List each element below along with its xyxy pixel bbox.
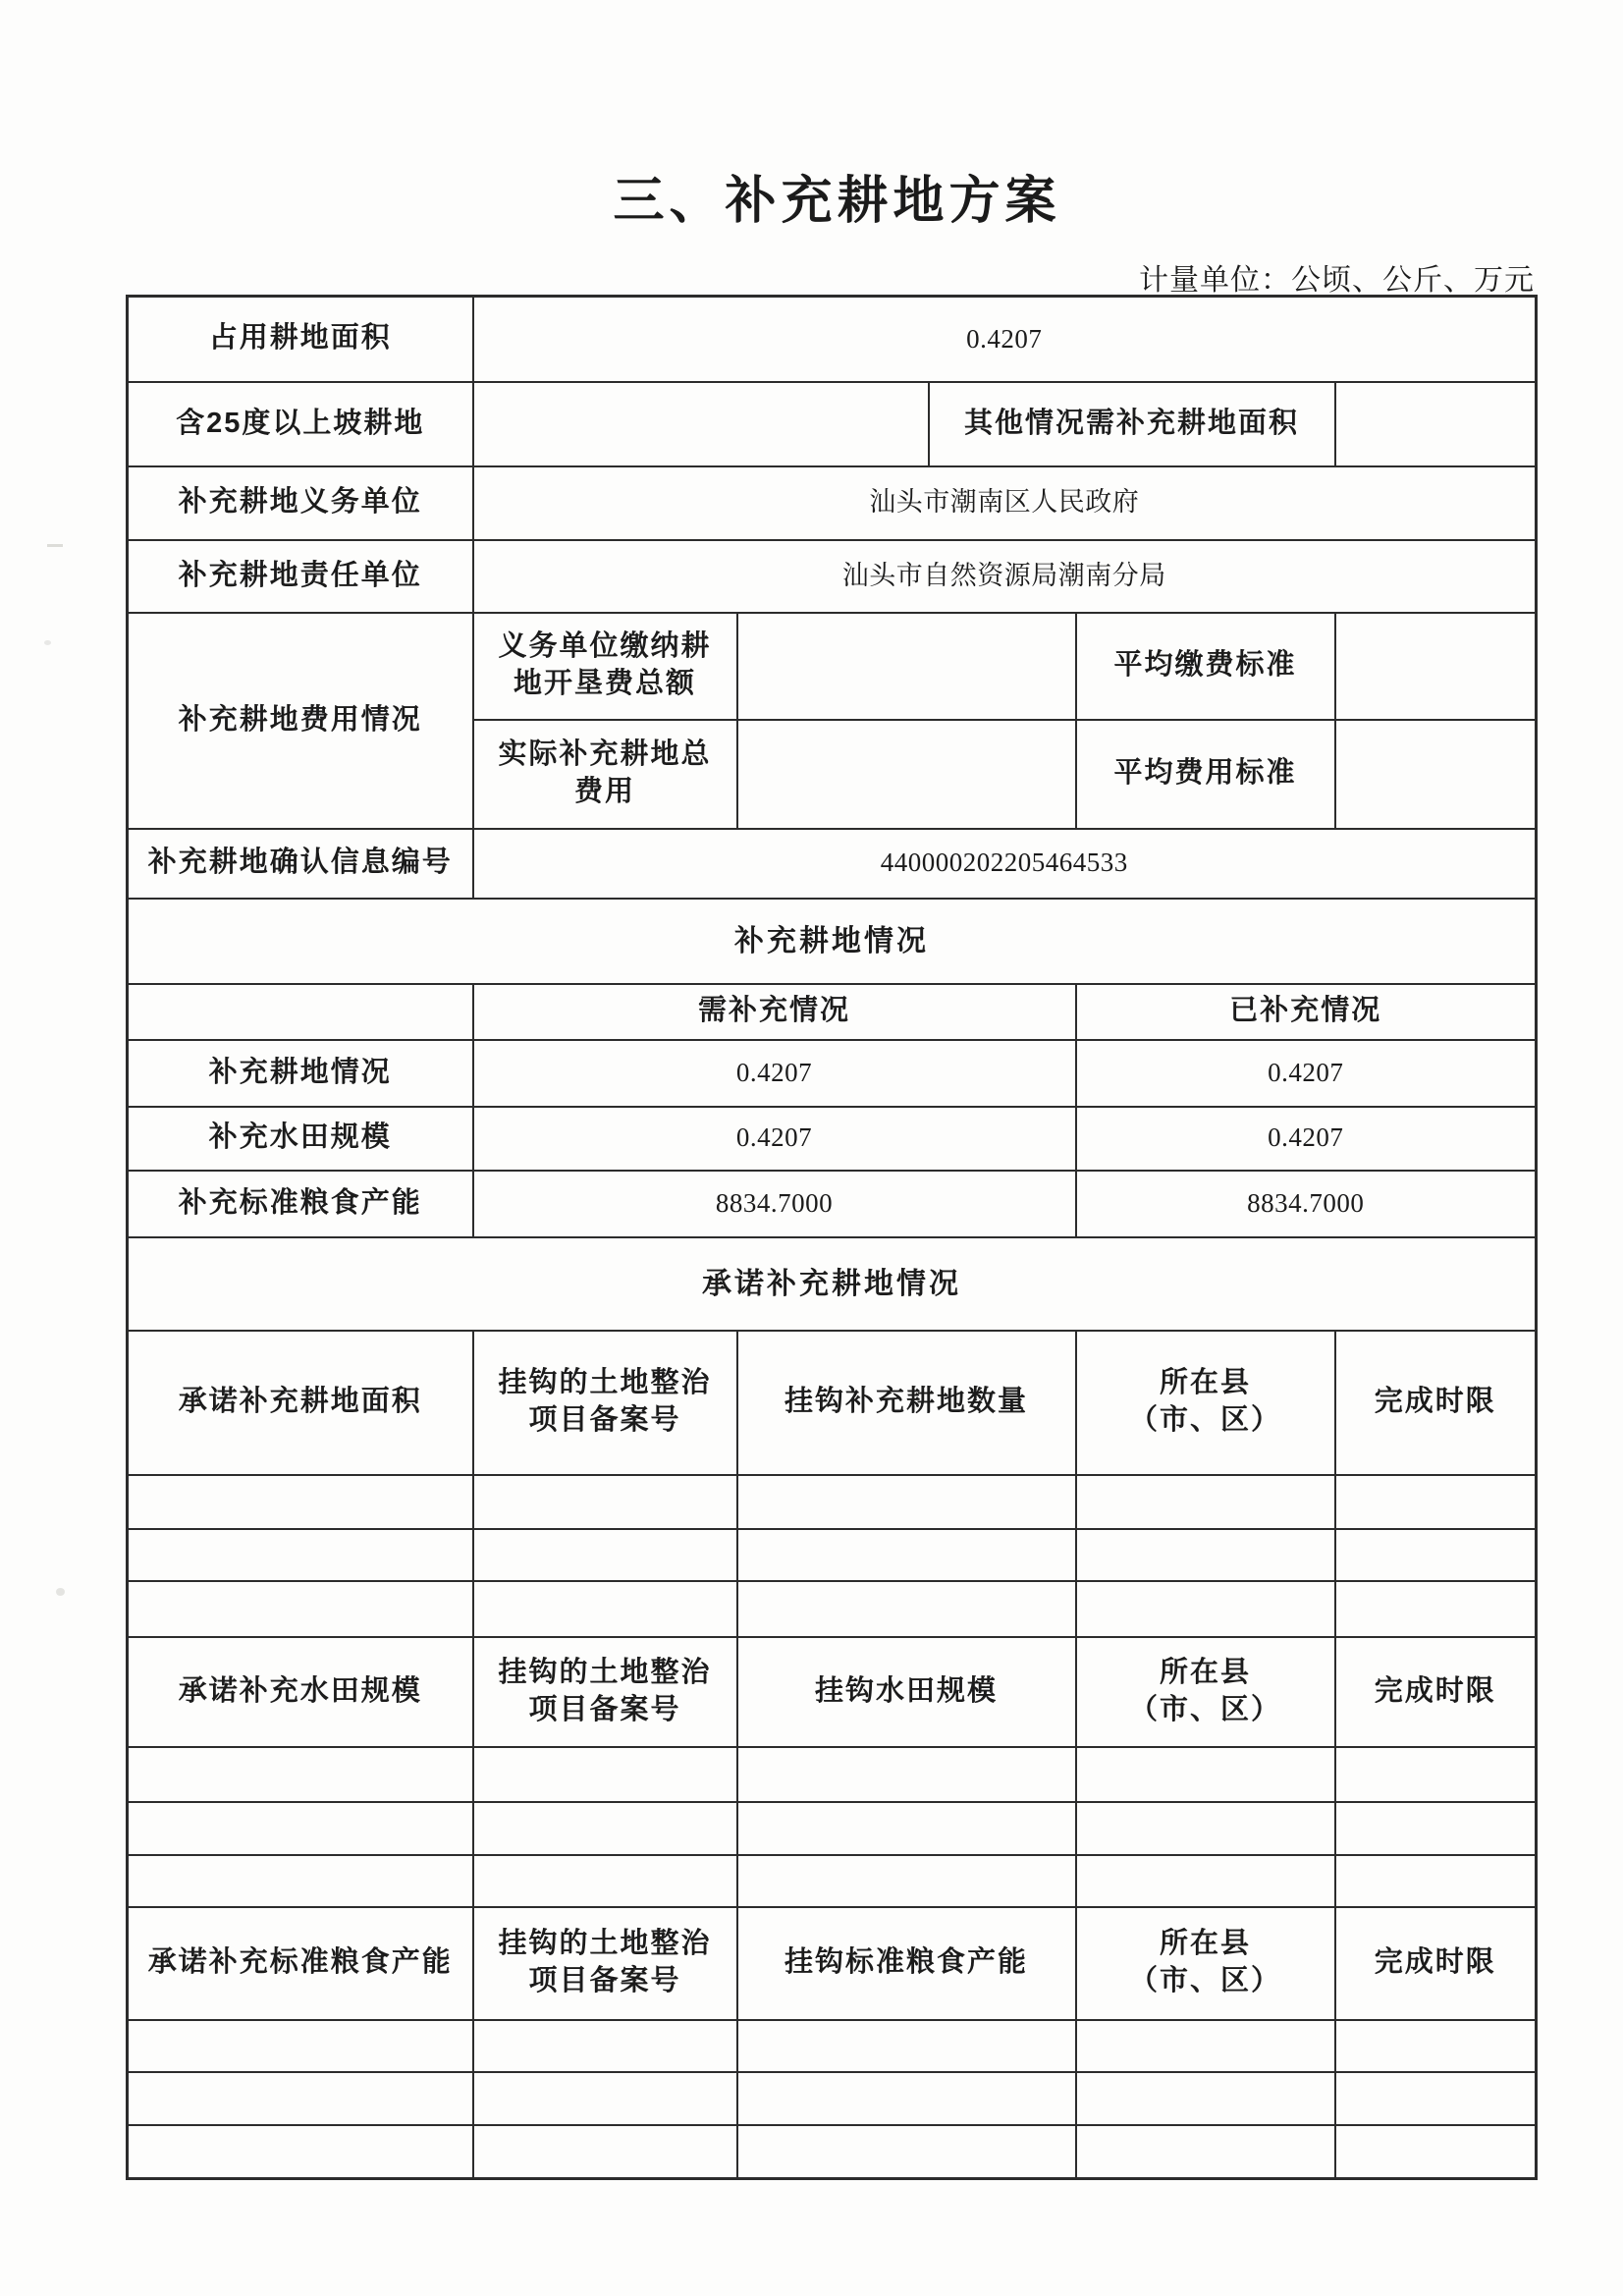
empty-cell <box>473 1475 737 1529</box>
commit-paddy-header: 承诺补充水田规模 <box>128 1637 473 1747</box>
commit-paddy-scale-header: 挂钩水田规模 <box>737 1637 1076 1747</box>
empty-cell <box>128 1802 473 1855</box>
commit-area-quantity-header: 挂钩补充耕地数量 <box>737 1331 1076 1475</box>
reclamation-fee-total-value <box>737 613 1076 720</box>
grain-capacity-need: 8834.7000 <box>473 1171 1076 1237</box>
average-cost-standard-label: 平均费用标准 <box>1076 720 1335 829</box>
empty-cell <box>128 1529 473 1581</box>
empty-cell <box>473 1747 737 1802</box>
farmland-situation-need: 0.4207 <box>473 1040 1076 1107</box>
responsible-unit-label: 补充耕地责任单位 <box>128 540 473 613</box>
grain-capacity-label: 补充标准粮食产能 <box>128 1171 473 1237</box>
empty-cell <box>737 2072 1076 2125</box>
other-situation-label: 其他情况需补充耕地面积 <box>929 382 1335 466</box>
empty-cell <box>737 2020 1076 2072</box>
empty-cell <box>128 1581 473 1637</box>
commit-grain-project-header: 挂钩的土地整治 项目备案号 <box>473 1907 737 2020</box>
empty-cell <box>1076 1581 1335 1637</box>
commit-area-project-header: 挂钩的土地整治 项目备案号 <box>473 1331 737 1475</box>
empty-cell <box>1076 1855 1335 1907</box>
other-situation-value <box>1335 382 1537 466</box>
slope-farmland-value <box>473 382 929 466</box>
actual-total-cost-value <box>737 720 1076 829</box>
empty-cell <box>1335 1747 1537 1802</box>
empty-cell <box>737 2125 1076 2179</box>
paddy-scale-need: 0.4207 <box>473 1107 1076 1171</box>
reclamation-fee-total-label: 义务单位缴纳耕 地开垦费总额 <box>473 613 737 720</box>
slope-farmland-label: 含25度以上坡耕地 <box>128 382 473 466</box>
commit-area-header: 承诺补充耕地面积 <box>128 1331 473 1475</box>
empty-cell <box>1076 2125 1335 2179</box>
confirmation-number-label: 补充耕地确认信息编号 <box>128 829 473 899</box>
empty-cell <box>128 2020 473 2072</box>
scanned-document-page: 三、补充耕地方案 计量单位：公顷、公斤、万元 占用耕地面积 0.4207 含25… <box>0 0 1623 2296</box>
commitment-section-title: 承诺补充耕地情况 <box>128 1237 1537 1331</box>
commit-area-deadline-header: 完成时限 <box>1335 1331 1537 1475</box>
empty-cell <box>128 1855 473 1907</box>
empty-cell <box>1335 1855 1537 1907</box>
fee-situation-label: 补充耕地费用情况 <box>128 613 473 829</box>
occupied-area-value: 0.4207 <box>473 297 1537 382</box>
empty-cell <box>1335 1581 1537 1637</box>
empty-cell <box>1076 1747 1335 1802</box>
empty-cell <box>737 1581 1076 1637</box>
average-payment-standard-value <box>1335 613 1537 720</box>
commit-grain-deadline-header: 完成时限 <box>1335 1907 1537 2020</box>
page-title: 三、补充耕地方案 <box>0 159 1623 233</box>
empty-cell <box>737 1802 1076 1855</box>
situation-section-title: 补充耕地情况 <box>128 899 1537 984</box>
empty-cell <box>737 1475 1076 1529</box>
need-supplement-header: 需补充情况 <box>473 984 1076 1040</box>
commit-paddy-county-header: 所在县 （市、区） <box>1076 1637 1335 1747</box>
empty-cell <box>128 2125 473 2179</box>
responsible-unit-value: 汕头市自然资源局潮南分局 <box>473 540 1537 613</box>
empty-cell <box>128 2072 473 2125</box>
empty-cell <box>1076 1802 1335 1855</box>
empty-cell <box>1076 2072 1335 2125</box>
empty-cell <box>1335 1529 1537 1581</box>
occupied-area-label: 占用耕地面积 <box>128 297 473 382</box>
confirmation-number-value: 440000202205464533 <box>473 829 1537 899</box>
farmland-situation-done: 0.4207 <box>1076 1040 1537 1107</box>
farmland-situation-label: 补充耕地情况 <box>128 1040 473 1107</box>
empty-cell <box>1335 1475 1537 1529</box>
commit-paddy-deadline-header: 完成时限 <box>1335 1637 1537 1747</box>
paddy-scale-label: 补充水田规模 <box>128 1107 473 1171</box>
commit-grain-header: 承诺补充标准粮食产能 <box>128 1907 473 2020</box>
paddy-scale-done: 0.4207 <box>1076 1107 1537 1171</box>
empty-cell <box>473 2020 737 2072</box>
empty-cell <box>737 1747 1076 1802</box>
supplementary-farmland-form-table: 占用耕地面积 0.4207 含25度以上坡耕地 其他情况需补充耕地面积 补充耕地… <box>126 295 1538 2180</box>
scan-artifact <box>47 544 63 547</box>
average-cost-standard-value <box>1335 720 1537 829</box>
empty-cell <box>128 1747 473 1802</box>
empty-cell <box>473 2072 737 2125</box>
empty-cell <box>473 1855 737 1907</box>
scan-artifact <box>56 1588 65 1596</box>
empty-cell <box>128 984 473 1040</box>
commit-grain-county-header: 所在县 （市、区） <box>1076 1907 1335 2020</box>
done-supplement-header: 已补充情况 <box>1076 984 1537 1040</box>
empty-cell <box>1076 2020 1335 2072</box>
empty-cell <box>473 2125 737 2179</box>
commit-paddy-project-header: 挂钩的土地整治 项目备案号 <box>473 1637 737 1747</box>
commit-area-county-header: 所在县 （市、区） <box>1076 1331 1335 1475</box>
obligation-unit-value: 汕头市潮南区人民政府 <box>473 466 1537 540</box>
empty-cell <box>1076 1529 1335 1581</box>
empty-cell <box>1076 1475 1335 1529</box>
empty-cell <box>128 1475 473 1529</box>
empty-cell <box>473 1581 737 1637</box>
empty-cell <box>737 1529 1076 1581</box>
empty-cell <box>473 1529 737 1581</box>
actual-total-cost-label: 实际补充耕地总 费用 <box>473 720 737 829</box>
scan-artifact <box>44 640 51 645</box>
grain-capacity-done: 8834.7000 <box>1076 1171 1537 1237</box>
empty-cell <box>1335 1802 1537 1855</box>
empty-cell <box>1335 2125 1537 2179</box>
empty-cell <box>1335 2072 1537 2125</box>
commit-grain-capacity-header: 挂钩标准粮食产能 <box>737 1907 1076 2020</box>
obligation-unit-label: 补充耕地义务单位 <box>128 466 473 540</box>
measurement-unit-note: 计量单位：公顷、公斤、万元 <box>1139 255 1535 299</box>
average-payment-standard-label: 平均缴费标准 <box>1076 613 1335 720</box>
empty-cell <box>737 1855 1076 1907</box>
empty-cell <box>1335 2020 1537 2072</box>
empty-cell <box>473 1802 737 1855</box>
